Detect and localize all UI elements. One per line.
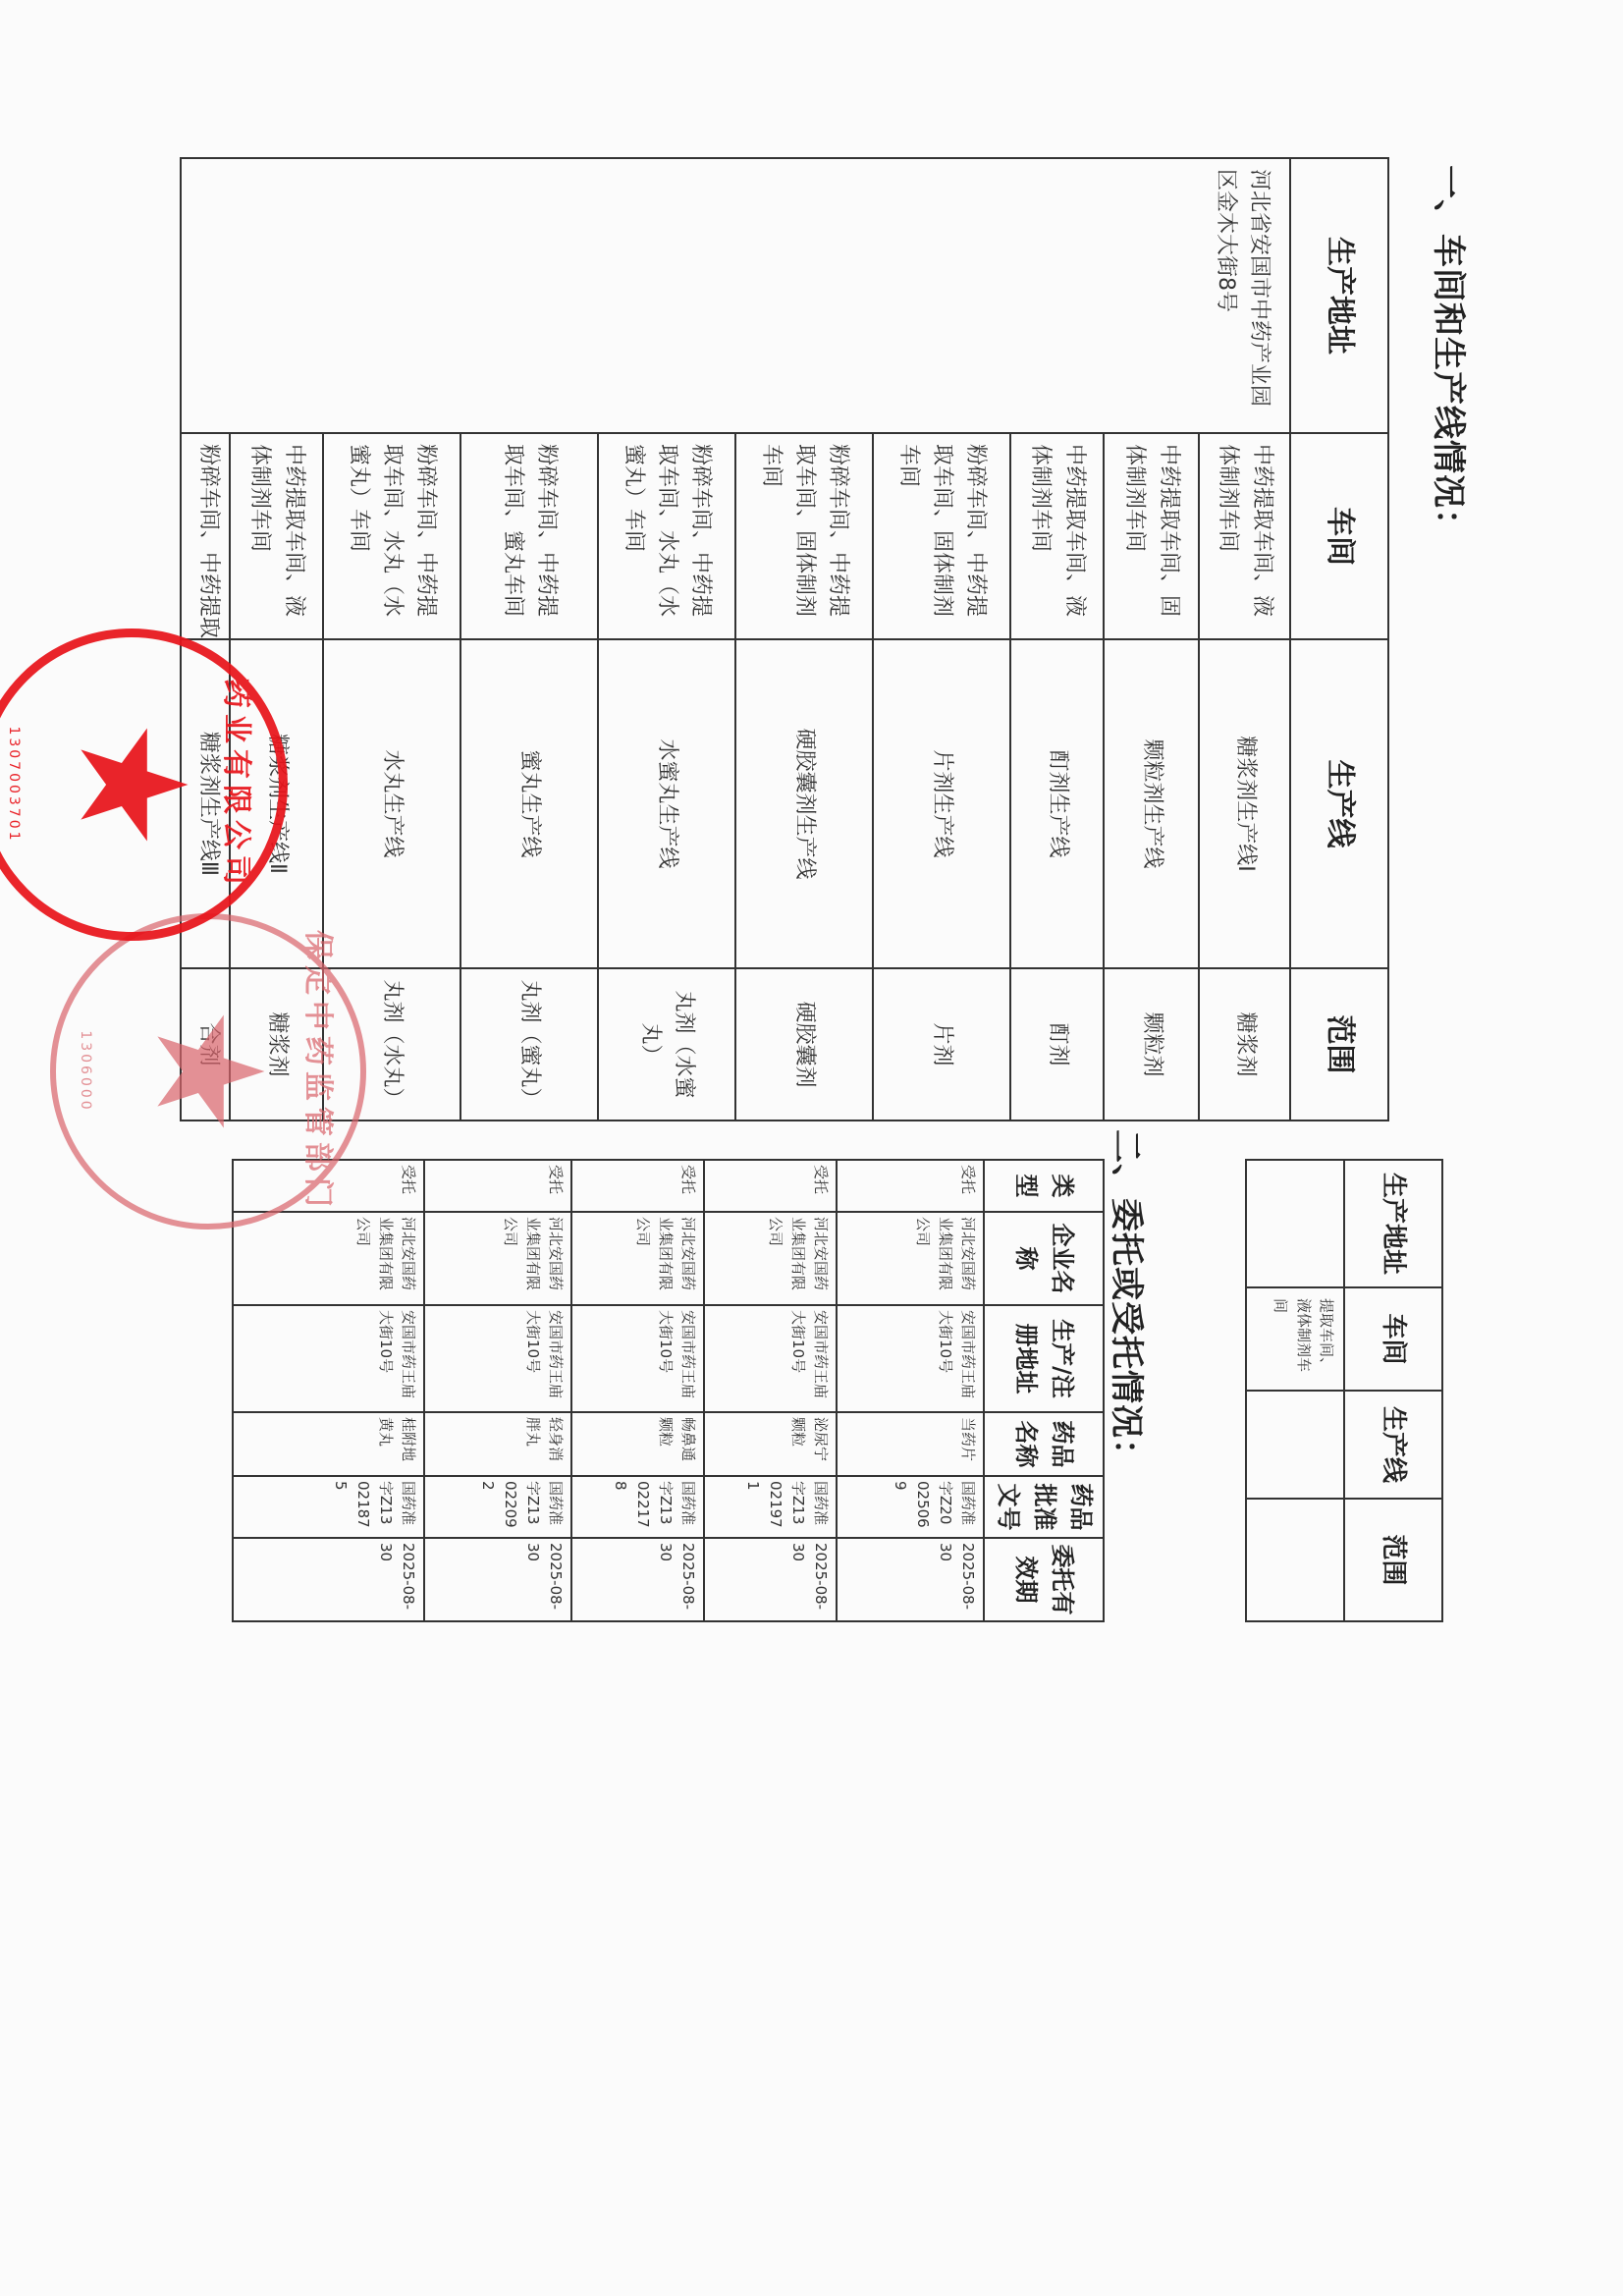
expiry-cell: 2025-08-30 [233, 1538, 424, 1621]
line-cell: 硬胶囊剂生产线 [735, 639, 873, 968]
approval-cell: 国药准字Z13022178 [571, 1476, 704, 1538]
drug-cell: 桂附地黄丸 [233, 1412, 424, 1476]
scope-cell: 合剂 [181, 968, 230, 1121]
scope-cell: 颗粒剂 [1104, 968, 1199, 1121]
line-cell: 蜜丸生产线 [460, 639, 598, 968]
workshop-cell: 提取车间、液体制剂车间 [1246, 1287, 1344, 1391]
header-approval: 药品批准文号 [984, 1476, 1104, 1538]
drug-cell: 畅鼻通颗粒 [571, 1412, 704, 1476]
address-cell: 安国市药王庙大街10号 [837, 1305, 984, 1412]
line-cell [1246, 1391, 1344, 1499]
header-address: 生产/注册地址 [984, 1305, 1104, 1412]
workshop-cell: 粉碎车间、中药提取车间、固体制剂车间 [873, 433, 1010, 639]
line-cell: 颗粒剂生产线 [1104, 639, 1199, 968]
scope-cell: 糖浆剂 [1199, 968, 1290, 1121]
type-cell: 受托 [837, 1160, 984, 1212]
company-cell: 河北安国药业集团有限公司 [233, 1212, 424, 1305]
expiry-cell: 2025-08-30 [837, 1538, 984, 1621]
section1-title: 一、车间和生产线情况： [1428, 165, 1476, 543]
address-cell [1246, 1160, 1344, 1287]
line-cell: 糖浆剂生产线Ⅰ [1199, 639, 1290, 968]
table-row: 提取车间、液体制剂车间 [1246, 1160, 1344, 1621]
workshop-table: 生产地址 车间 生产线 范围 河北省安国市中药产业园区金木大街8号 中药提取车间… [180, 157, 1389, 1121]
table-row: 受托 河北安国药业集团有限公司 安国市药王庙大街10号 畅鼻通颗粒 国药准字Z1… [571, 1160, 704, 1621]
expiry-cell: 2025-08-30 [571, 1538, 704, 1621]
company-cell: 河北安国药业集团有限公司 [837, 1212, 984, 1305]
address-cell: 安国市药王庙大街10号 [424, 1305, 571, 1412]
workshop-cell: 粉碎车间、中药提取车间、固体制剂车间 [735, 433, 873, 639]
seal-code: 1307003701 [6, 637, 22, 932]
workshop-cell: 粉碎车间、中药提取车间、水丸（水蜜丸）车间 [598, 433, 735, 639]
workshop-cell: 中药提取车间、固体制剂车间 [1104, 433, 1199, 639]
company-cell: 河北安国药业集团有限公司 [424, 1212, 571, 1305]
line-cell: 糖浆剂生产线Ⅲ [181, 639, 230, 968]
entrustment-table: 类型 企业名称 生产/注册地址 药品名称 药品批准文号 委托有效期 受托 河北安… [232, 1159, 1105, 1622]
table-row: 受托 河北安国药业集团有限公司 安国市药王庙大街10号 桂附地黄丸 国药准字Z1… [233, 1160, 424, 1621]
expiry-cell: 2025-08-30 [704, 1538, 837, 1621]
header-type: 类型 [984, 1160, 1104, 1212]
document-page: 一、车间和生产线情况： 生产地址 车间 生产线 范围 河北省安国市中药产业园区金… [0, 0, 1623, 2296]
scope-cell: 丸剂（蜜丸） [460, 968, 598, 1121]
scope-cell: 片剂 [873, 968, 1010, 1121]
address-cell: 安国市药王庙大街10号 [704, 1305, 837, 1412]
address-cell: 安国市药王庙大街10号 [571, 1305, 704, 1412]
header-workshop: 车间 [1344, 1287, 1442, 1391]
type-cell: 受托 [233, 1160, 424, 1212]
type-cell: 受托 [704, 1160, 837, 1212]
approval-cell: 国药准字Z13021875 [233, 1476, 424, 1538]
line-cell: 水丸生产线 [323, 639, 460, 968]
expiry-cell: 2025-08-30 [424, 1538, 571, 1621]
production-address: 河北省安国市中药产业园区金木大街8号 [181, 158, 1290, 433]
table-row: 河北省安国市中药产业园区金木大街8号 中药提取车间、液体制剂车间 糖浆剂生产线Ⅰ… [1199, 158, 1290, 1121]
line-cell: 片剂生产线 [873, 639, 1010, 968]
approval-cell: 国药准字Z20025069 [837, 1476, 984, 1538]
scope-cell: 酊剂 [1010, 968, 1104, 1121]
header-drug: 药品名称 [984, 1412, 1104, 1476]
drug-cell: 轻身消胖丸 [424, 1412, 571, 1476]
line-cell: 酊剂生产线 [1010, 639, 1104, 968]
table-row: 受托 河北安国药业集团有限公司 安国市药王庙大街10号 轻身消胖丸 国药准字Z1… [424, 1160, 571, 1621]
section2-title: 二、委托或受托情况： [1106, 1129, 1154, 1473]
workshop-table-continued: 生产地址 车间 生产线 范围 提取车间、液体制剂车间 [1245, 1159, 1443, 1622]
header-scope: 范围 [1344, 1499, 1442, 1621]
table-row: 受托 河北安国药业集团有限公司 安国市药王庙大街10号 泌尿宁颗粒 国药准字Z1… [704, 1160, 837, 1621]
scope-cell: 糖浆剂 [230, 968, 323, 1121]
header-expiry: 委托有效期 [984, 1538, 1104, 1621]
scope-cell: 丸剂（水丸） [323, 968, 460, 1121]
line-cell: 糖浆剂生产线Ⅱ [230, 639, 323, 968]
workshop-cell: 粉碎车间、中药提取车间、蜜丸车间 [460, 433, 598, 639]
drug-cell: 当药片 [837, 1412, 984, 1476]
header-company: 企业名称 [984, 1212, 1104, 1305]
drug-cell: 泌尿宁颗粒 [704, 1412, 837, 1476]
header-address: 生产地址 [1344, 1160, 1442, 1287]
approval-cell: 国药准字Z13022092 [424, 1476, 571, 1538]
workshop-cell: 粉碎车间、中药提取车间、液体制剂车间 [181, 433, 230, 639]
company-cell: 河北安国药业集团有限公司 [571, 1212, 704, 1305]
company-cell: 河北安国药业集团有限公司 [704, 1212, 837, 1305]
address-cell: 安国市药王庙大街10号 [233, 1305, 424, 1412]
header-line: 生产线 [1344, 1391, 1442, 1499]
line-cell: 水蜜丸生产线 [598, 639, 735, 968]
workshop-cell: 中药提取车间、液体制剂车间 [230, 433, 323, 639]
workshop-cell: 中药提取车间、液体制剂车间 [1199, 433, 1290, 639]
header-line: 生产线 [1290, 639, 1388, 968]
type-cell: 受托 [571, 1160, 704, 1212]
scope-cell: 硬胶囊剂 [735, 968, 873, 1121]
workshop-cell: 中药提取车间、液体制剂车间 [1010, 433, 1104, 639]
seal-code: 1306000 [78, 919, 93, 1224]
workshop-cell: 粉碎车间、中药提取车间、水丸（水蜜丸）车间 [323, 433, 460, 639]
table-row: 受托 河北安国药业集团有限公司 安国市药王庙大街10号 当药片 国药准字Z200… [837, 1160, 984, 1621]
scope-cell: 丸剂（水蜜丸） [598, 968, 735, 1121]
type-cell: 受托 [424, 1160, 571, 1212]
scope-cell [1246, 1499, 1344, 1621]
approval-cell: 国药准字Z13021971 [704, 1476, 837, 1538]
header-workshop: 车间 [1290, 433, 1388, 639]
header-scope: 范围 [1290, 968, 1388, 1121]
header-address: 生产地址 [1290, 158, 1388, 433]
